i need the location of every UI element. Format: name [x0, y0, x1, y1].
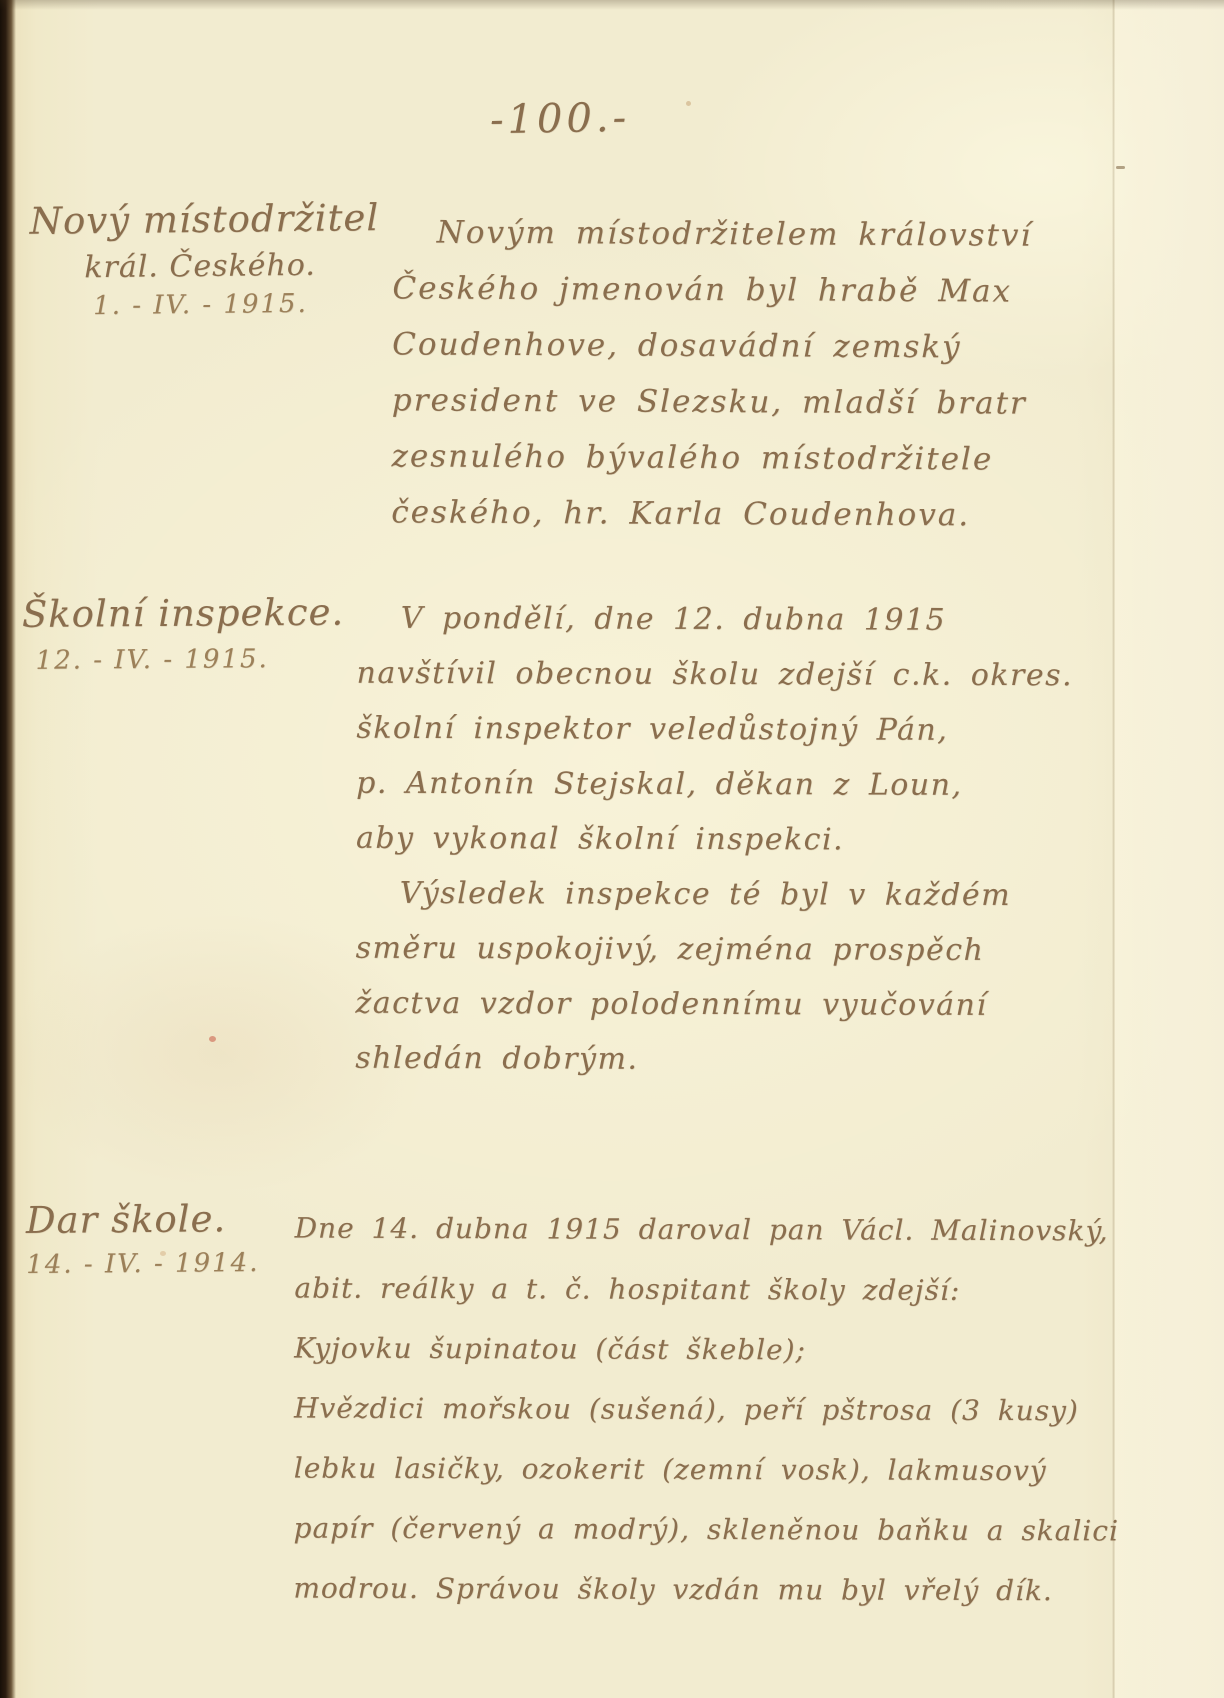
handwritten-line: Novým místodržitelem království [393, 204, 1033, 263]
handwritten-line: žactva vzdor polodennímu vyučování [355, 976, 1072, 1034]
handwritten-line: modrou. Správou školy vzdán mu byl vřelý… [293, 1559, 1119, 1622]
entry-school-inspection: V pondělí, dne 12. dubna 1915 navštívil … [355, 591, 1073, 1088]
margin-heading-school-inspection: Školní inspekce. 12. - IV. - 1915. [22, 591, 283, 676]
chronicle-page-scan: -100.- Nový místodržitel král. Českého. … [0, 0, 1224, 1698]
entry-school-gift: Dne 14. dubna 1915 daroval pan Václ. Mal… [293, 1199, 1120, 1622]
adjacent-page-edge [1115, 0, 1224, 1698]
margin-heading-date: 14. - IV. - 1914. [26, 1248, 256, 1280]
handwritten-line: Dne 14. dubna 1915 daroval pan Václ. Mal… [295, 1199, 1121, 1262]
handwritten-line: shledán dobrým. [355, 1031, 1072, 1089]
paper-speck [686, 101, 691, 106]
handwritten-line: abit. reálky a t. č. hospitant školy zde… [294, 1259, 1120, 1322]
handwritten-line: zesnulého bývalého místodržitele [391, 428, 1031, 487]
handwritten-line: českého, hr. Karla Coudenhova. [391, 484, 1031, 543]
margin-heading-date: 12. - IV. - 1915. [22, 644, 282, 676]
scan-top-shadow [0, 0, 1224, 10]
margin-heading-school-gift: Dar škole. 14. - IV. - 1914. [26, 1197, 257, 1280]
margin-mark [1116, 166, 1125, 169]
page-number: -100.- [440, 94, 681, 144]
handwritten-line: aby vykonal školní inspekci. [356, 811, 1073, 869]
handwritten-line: Kyjovku šupinatou (část škeble); [294, 1319, 1120, 1382]
handwritten-line: Coudenhove, dosavádní zemský [392, 316, 1032, 375]
margin-heading-title: Nový místodržitel [29, 196, 369, 243]
ink-speck [209, 1036, 216, 1042]
entry-new-governor: Novým místodržitelem království Českého … [391, 204, 1032, 543]
handwritten-line: směru uspokojivý, zejména prospěch [356, 921, 1073, 979]
handwritten-line: p. Antonín Stejskal, děkan z Loun, [356, 756, 1073, 814]
margin-heading-new-governor: Nový místodržitel král. Českého. 1. - IV… [29, 196, 370, 322]
handwritten-line: Českého jmenován byl hrabě Max [392, 260, 1032, 319]
handwritten-line: Výsledek inspekce té byl v každém [356, 866, 1073, 924]
handwritten-line: papír (červený a modrý), skleněnou baňku… [293, 1499, 1119, 1562]
margin-heading-date: 1. - IV. - 1915. [30, 288, 370, 322]
handwritten-line: školní inspektor veledůstojný Pán, [356, 701, 1073, 759]
handwritten-line: navštívil obecnou školu zdejší c.k. okre… [356, 646, 1073, 704]
handwritten-line: V pondělí, dne 12. dubna 1915 [357, 591, 1074, 649]
margin-heading-title: Školní inspekce. [22, 591, 282, 636]
handwritten-line: Hvězdici mořskou (sušená), peří pštrosa … [294, 1379, 1120, 1442]
margin-heading-title: Dar škole. [26, 1197, 256, 1242]
binding-edge [0, 0, 16, 1698]
margin-heading-subtitle: král. Českého. [30, 247, 370, 286]
handwritten-line: president ve Slezsku, mladší bratr [392, 372, 1032, 431]
handwritten-line: lebku lasičky, ozokerit (zemní vosk), la… [294, 1439, 1120, 1502]
